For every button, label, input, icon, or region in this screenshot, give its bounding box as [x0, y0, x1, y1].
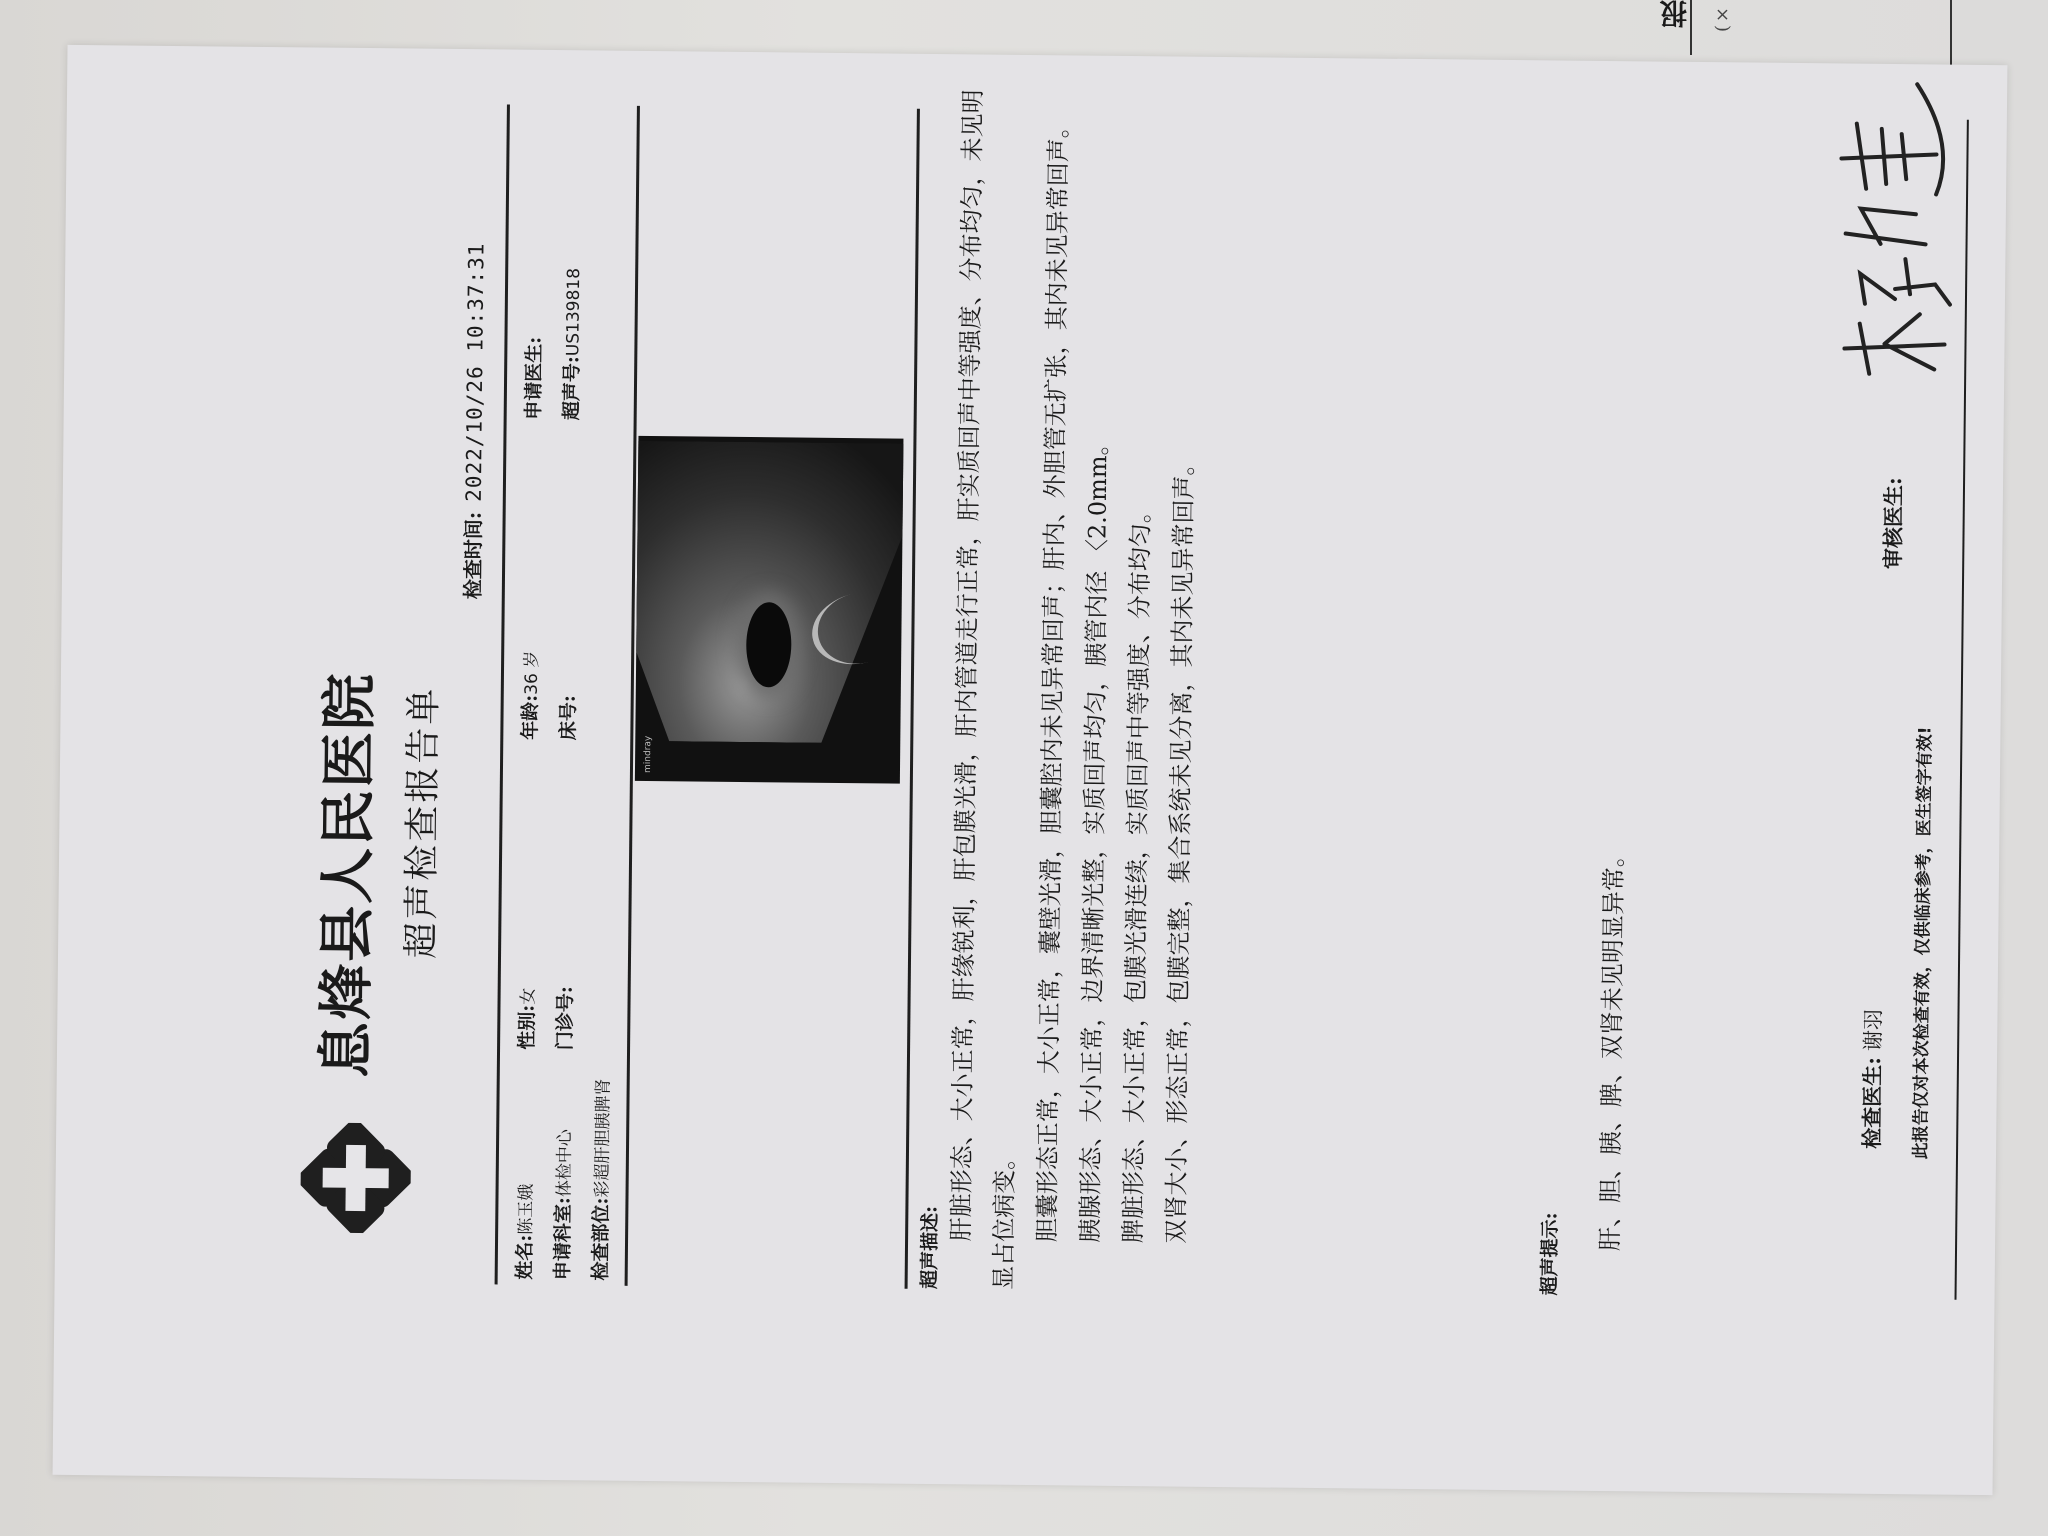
- exam-time-value: 2022/10/26 10:37:31: [462, 242, 489, 501]
- report-notice: 此报告仅对本次检查有效，仅供临床参考，医生签字有效!: [1906, 726, 1936, 1159]
- field-name: 姓名:陈玉娥: [510, 1184, 538, 1280]
- header-divider: [495, 104, 510, 1284]
- description-liver: 肝脏形态、大小正常，肝缘锐利，肝包膜光滑，肝内管道走行正常，肝实质回声中等强度、…: [940, 89, 1039, 1290]
- field-outpatient-no: 门诊号:: [550, 986, 578, 1050]
- underlying-sheet-title: 报: [1655, 0, 1695, 28]
- exam-time-label: 检查时间:: [461, 512, 486, 600]
- reviewing-doctor-label: 审核医生:: [1877, 477, 1908, 569]
- field-department: 申请科室:体检中心: [548, 1129, 577, 1280]
- hospital-name: 息烽县人民医院: [302, 671, 386, 1078]
- field-bed-no: 床号:: [553, 695, 580, 740]
- exam-time: 检查时间:2022/10/26 10:37:31: [457, 242, 490, 599]
- conclusion-text: 肝、胆、胰、脾、双肾未见明显异常。: [1590, 843, 1629, 1251]
- examining-doctor: 检查医生:谢羽: [1856, 1009, 1887, 1149]
- field-requesting-doctor: 申请医生:: [519, 337, 547, 420]
- field-age: 年龄:36 岁: [515, 651, 543, 740]
- report-title: 超声检查报告单: [393, 685, 447, 959]
- field-sex: 性别:女: [512, 988, 540, 1050]
- field-ultrasound-no: 超声号:US139818: [557, 268, 586, 420]
- field-exam-site: 检查部位:彩超肝胆胰脾肾: [586, 1078, 615, 1280]
- report-sheet: 息烽县人民医院 超声检查报告单 检查时间:2022/10/26 10:37:31…: [53, 45, 2008, 1495]
- underlying-sheet-rule: [1690, 0, 1692, 55]
- description-body: 肝脏形态、大小正常，肝缘锐利，肝包膜光滑，肝内管道走行正常，肝实质回声中等强度、…: [940, 89, 1211, 1292]
- conclusion-title: 超声提示:: [1535, 1212, 1563, 1295]
- description-title: 超声描述:: [915, 1206, 943, 1289]
- report-page: 息烽县人民医院 超声检查报告单 检查时间:2022/10/26 10:37:31…: [204, 46, 2048, 1396]
- ultrasound-image: mindray: [635, 436, 904, 784]
- underlying-sheet-paren: (×: [1712, 4, 1733, 32]
- hospital-logo-icon: [300, 1122, 411, 1233]
- image-divider: [905, 109, 920, 1289]
- reviewer-signature-icon: [1824, 73, 1967, 384]
